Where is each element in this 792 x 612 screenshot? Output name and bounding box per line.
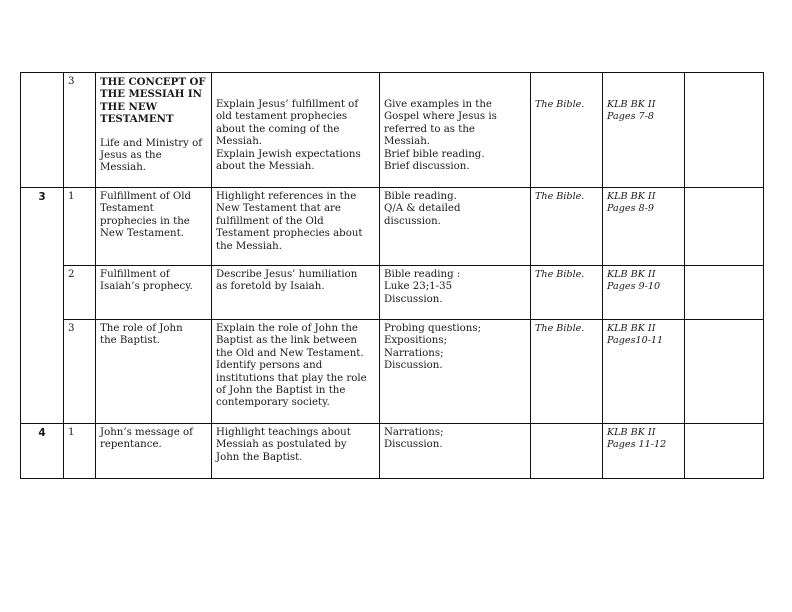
remarks-cell — [685, 320, 764, 424]
objectives-cell: Highlight references in the New Testamen… — [212, 188, 380, 266]
resources-cell: The Bible. — [531, 73, 603, 188]
activities-cell: Bible reading : Luke 23;1-35 Discussion. — [380, 266, 531, 320]
references-cell: KLB BK II Pages 8-9 — [603, 188, 685, 266]
activities-cell: Bible reading. Q/A & detailed discussion… — [380, 188, 531, 266]
table-row: 3 THE CONCEPT OF THE MESSIAH IN THE NEW … — [21, 73, 764, 188]
resources-cell — [531, 424, 603, 479]
objectives-cell: Explain Jesus’ fulfillment of old testam… — [212, 73, 380, 188]
topic-cell: The role of John the Baptist. — [96, 320, 212, 424]
table-row: 4 1 John’s message of repentance. Highli… — [21, 424, 764, 479]
objectives-cell: Explain the role of John the Baptist as … — [212, 320, 380, 424]
table-row: 2 Fulfillment of Isaiah’s prophecy. Desc… — [21, 266, 764, 320]
remarks-cell — [685, 73, 764, 188]
resources-cell: The Bible. — [531, 188, 603, 266]
activities-cell: Give examples in the Gospel where Jesus … — [380, 73, 531, 188]
topic-cell: Fulfillment of Isaiah’s prophecy. — [96, 266, 212, 320]
week-cell — [21, 73, 64, 188]
references-cell: KLB BK II Pages10-11 — [603, 320, 685, 424]
remarks-cell — [685, 424, 764, 479]
week-cell: 3 — [21, 188, 64, 424]
table-row: 3 1 Fulfillment of Old Testament prophec… — [21, 188, 764, 266]
scheme-of-work-table: 3 THE CONCEPT OF THE MESSIAH IN THE NEW … — [20, 72, 764, 479]
objectives-cell: Describe Jesus’ humiliation as foretold … — [212, 266, 380, 320]
subtopic: Life and Ministry of Jesus as the Messia… — [100, 138, 207, 175]
lesson-cell: 3 — [64, 320, 96, 424]
topic-cell: Fulfillment of Old Testament prophecies … — [96, 188, 212, 266]
lesson-cell: 1 — [64, 188, 96, 266]
resources-cell: The Bible. — [531, 320, 603, 424]
week-cell: 4 — [21, 424, 64, 479]
references-cell: KLB BK II Pages 9-10 — [603, 266, 685, 320]
lesson-cell: 1 — [64, 424, 96, 479]
activities-cell: Narrations; Discussion. — [380, 424, 531, 479]
references-cell: KLB BK II Pages 11-12 — [603, 424, 685, 479]
references-cell: KLB BK II Pages 7-8 — [603, 73, 685, 188]
resources-cell: The Bible. — [531, 266, 603, 320]
objectives-cell: Highlight teachings about Messiah as pos… — [212, 424, 380, 479]
lesson-cell: 3 — [64, 73, 96, 188]
topic-cell: John’s message of repentance. — [96, 424, 212, 479]
remarks-cell — [685, 266, 764, 320]
lesson-cell: 2 — [64, 266, 96, 320]
scheme-of-work-page: 3 THE CONCEPT OF THE MESSIAH IN THE NEW … — [20, 72, 764, 479]
activities-cell: Probing questions; Expositions; Narratio… — [380, 320, 531, 424]
topic-title: THE CONCEPT OF THE MESSIAH IN THE NEW TE… — [100, 76, 207, 126]
remarks-cell — [685, 188, 764, 266]
table-row: 3 The role of John the Baptist. Explain … — [21, 320, 764, 424]
topic-cell: THE CONCEPT OF THE MESSIAH IN THE NEW TE… — [96, 73, 212, 188]
